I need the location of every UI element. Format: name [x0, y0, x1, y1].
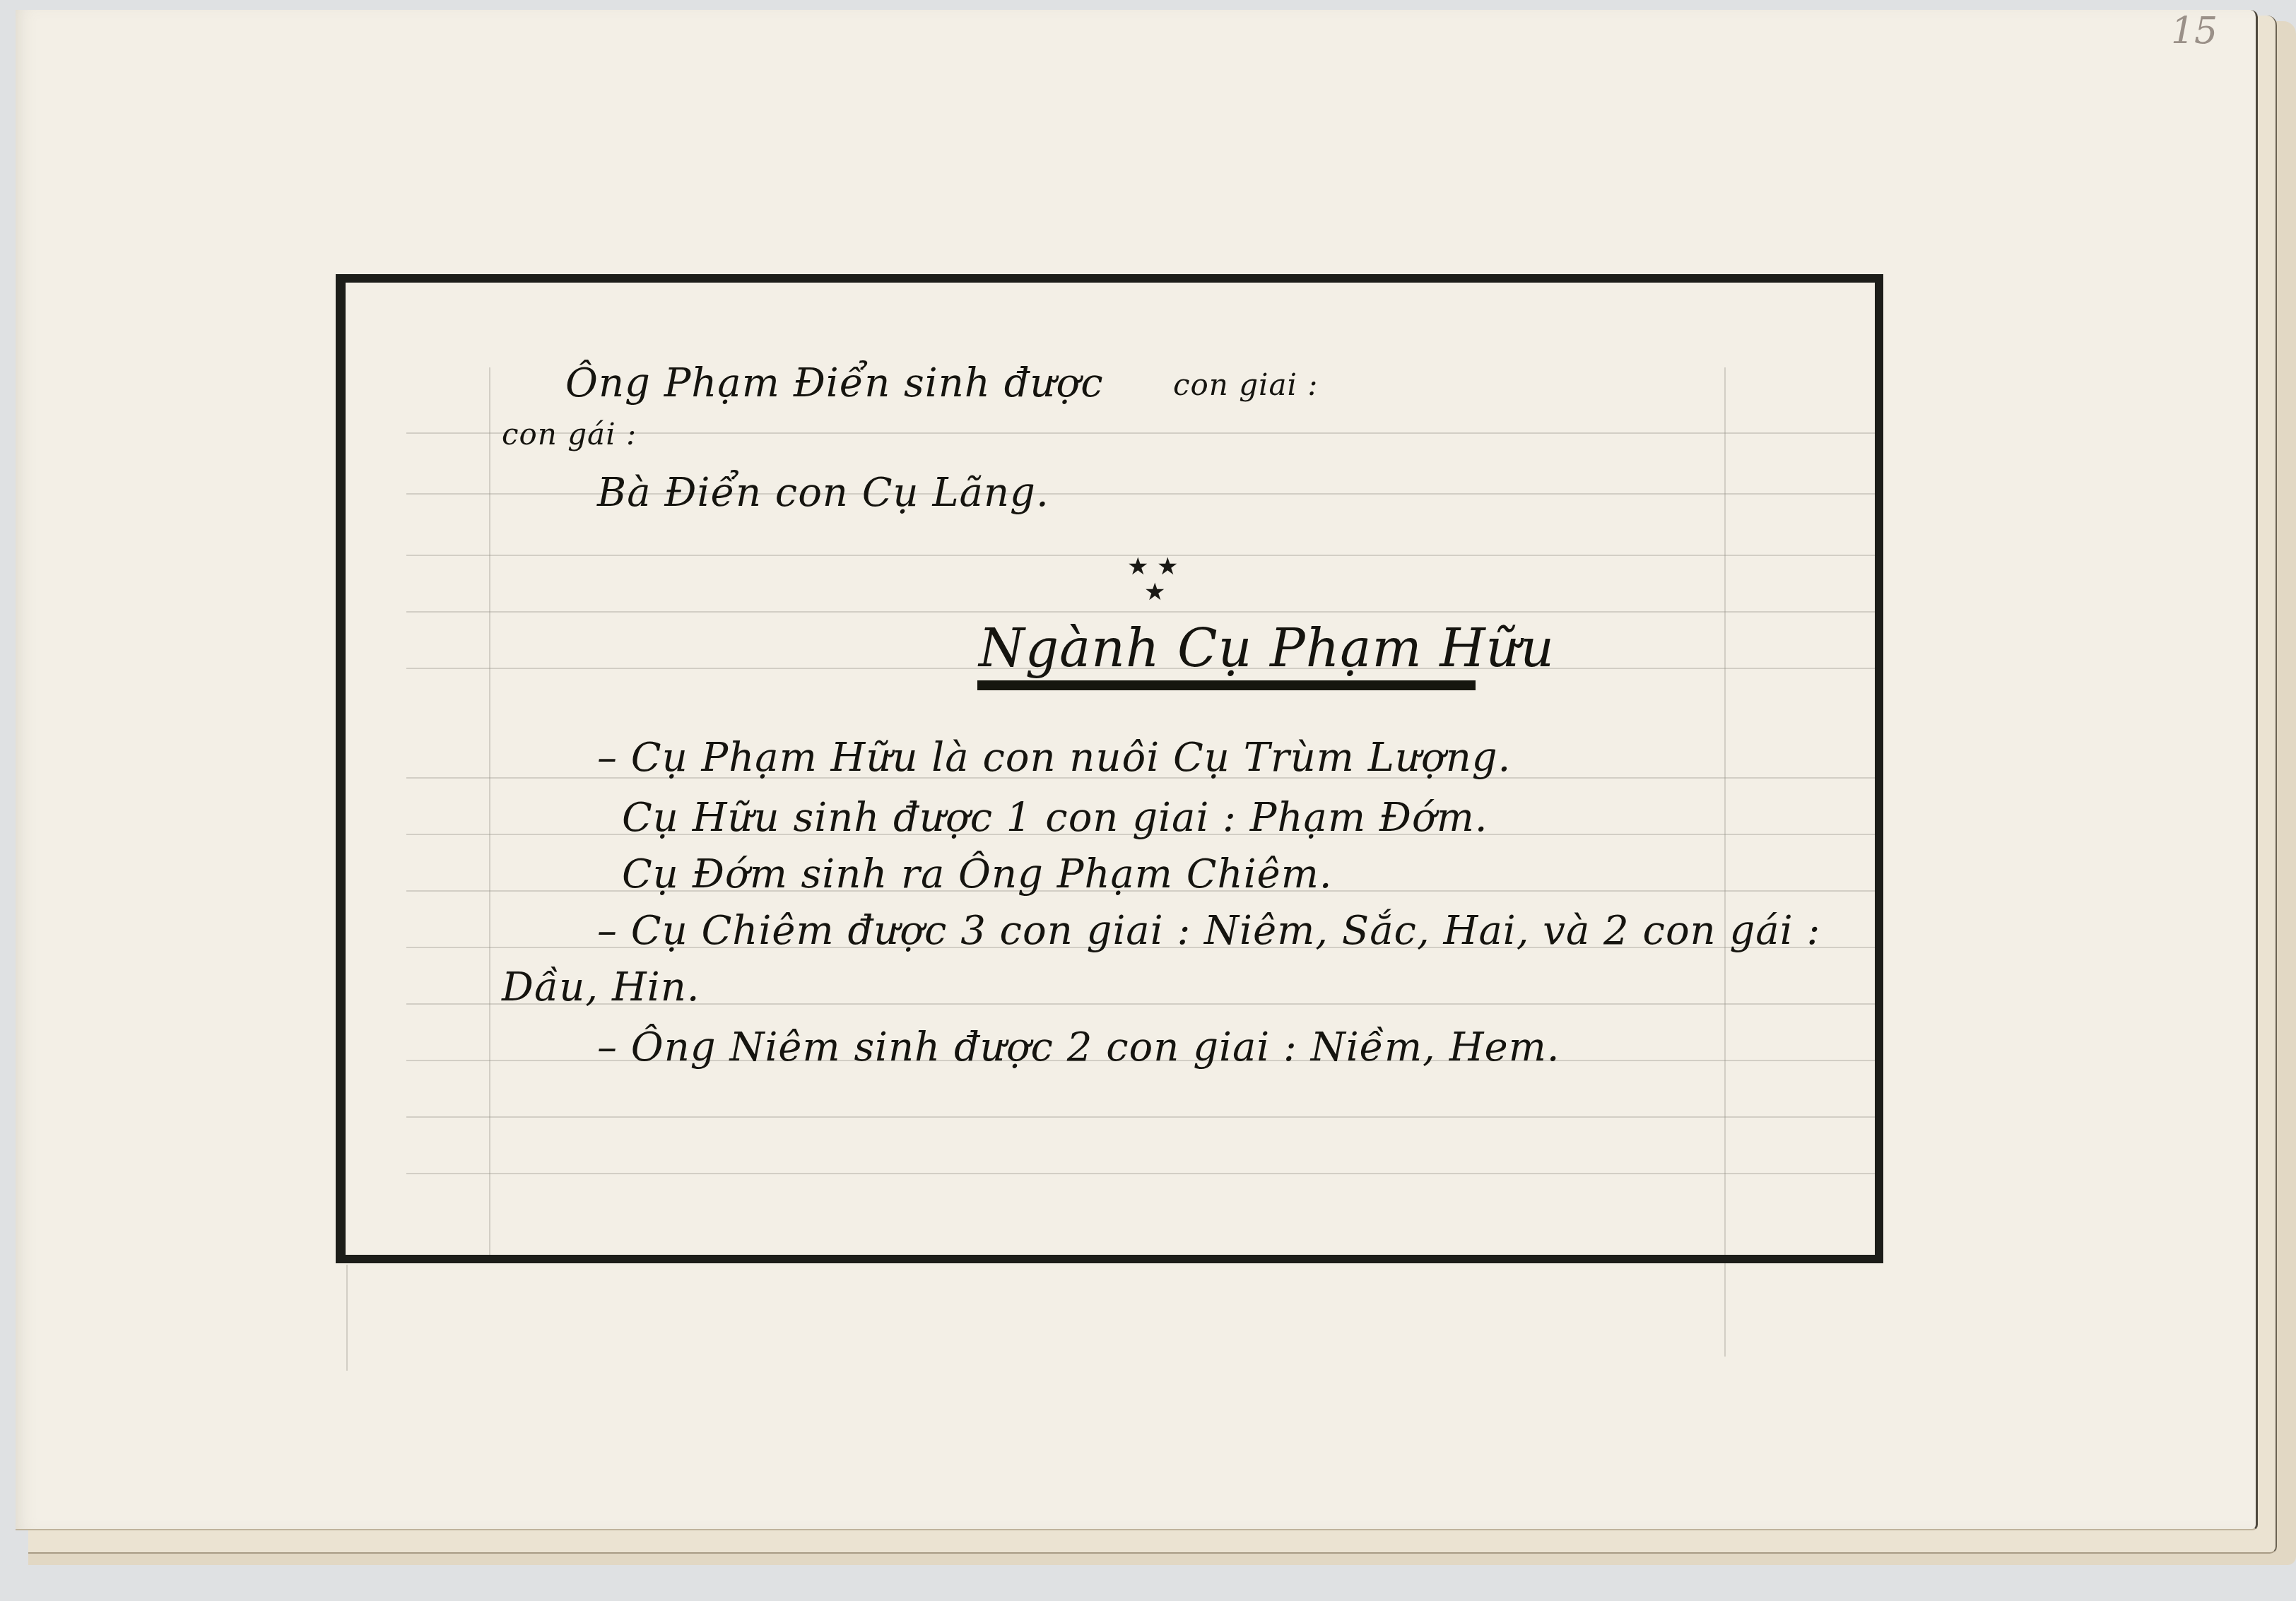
entry-line-2: con gái : — [502, 417, 637, 451]
body-line: Cụ Đớm sinh ra Ông Phạm Chiêm. — [622, 851, 1333, 897]
section-heading: Ngành Cụ Phạm Hữu — [979, 618, 1555, 679]
body-line: Cụ Hữu sinh được 1 con giai : Phạm Đớm. — [622, 795, 1488, 841]
body-line: – Cụ Phạm Hữu là con nuôi Cụ Trùm Lượng. — [597, 735, 1511, 781]
asterism-icon: ★ ★ ★ — [1127, 555, 1191, 604]
page-number: 15 — [2171, 10, 2218, 52]
star-icon: ★ — [1157, 555, 1178, 579]
outer-margin-line — [346, 1265, 348, 1371]
body-line: Dầu, Hin. — [502, 964, 700, 1010]
heading-underline — [977, 680, 1476, 690]
entry-line-1-suffix: con giai : — [1173, 367, 1319, 402]
body-line: – Ông Niêm sinh được 2 con giai : Niềm, … — [597, 1024, 1560, 1070]
star-icon: ★ — [1127, 555, 1148, 579]
body-line: – Cụ Chiêm được 3 con giai : Niêm, Sắc, … — [597, 908, 1820, 954]
star-icon: ★ — [1144, 580, 1165, 604]
entry-line-1: Ông Phạm Điển sinh được — [565, 360, 1104, 406]
entry-line-3: Bà Điển con Cụ Lãng. — [597, 470, 1049, 516]
